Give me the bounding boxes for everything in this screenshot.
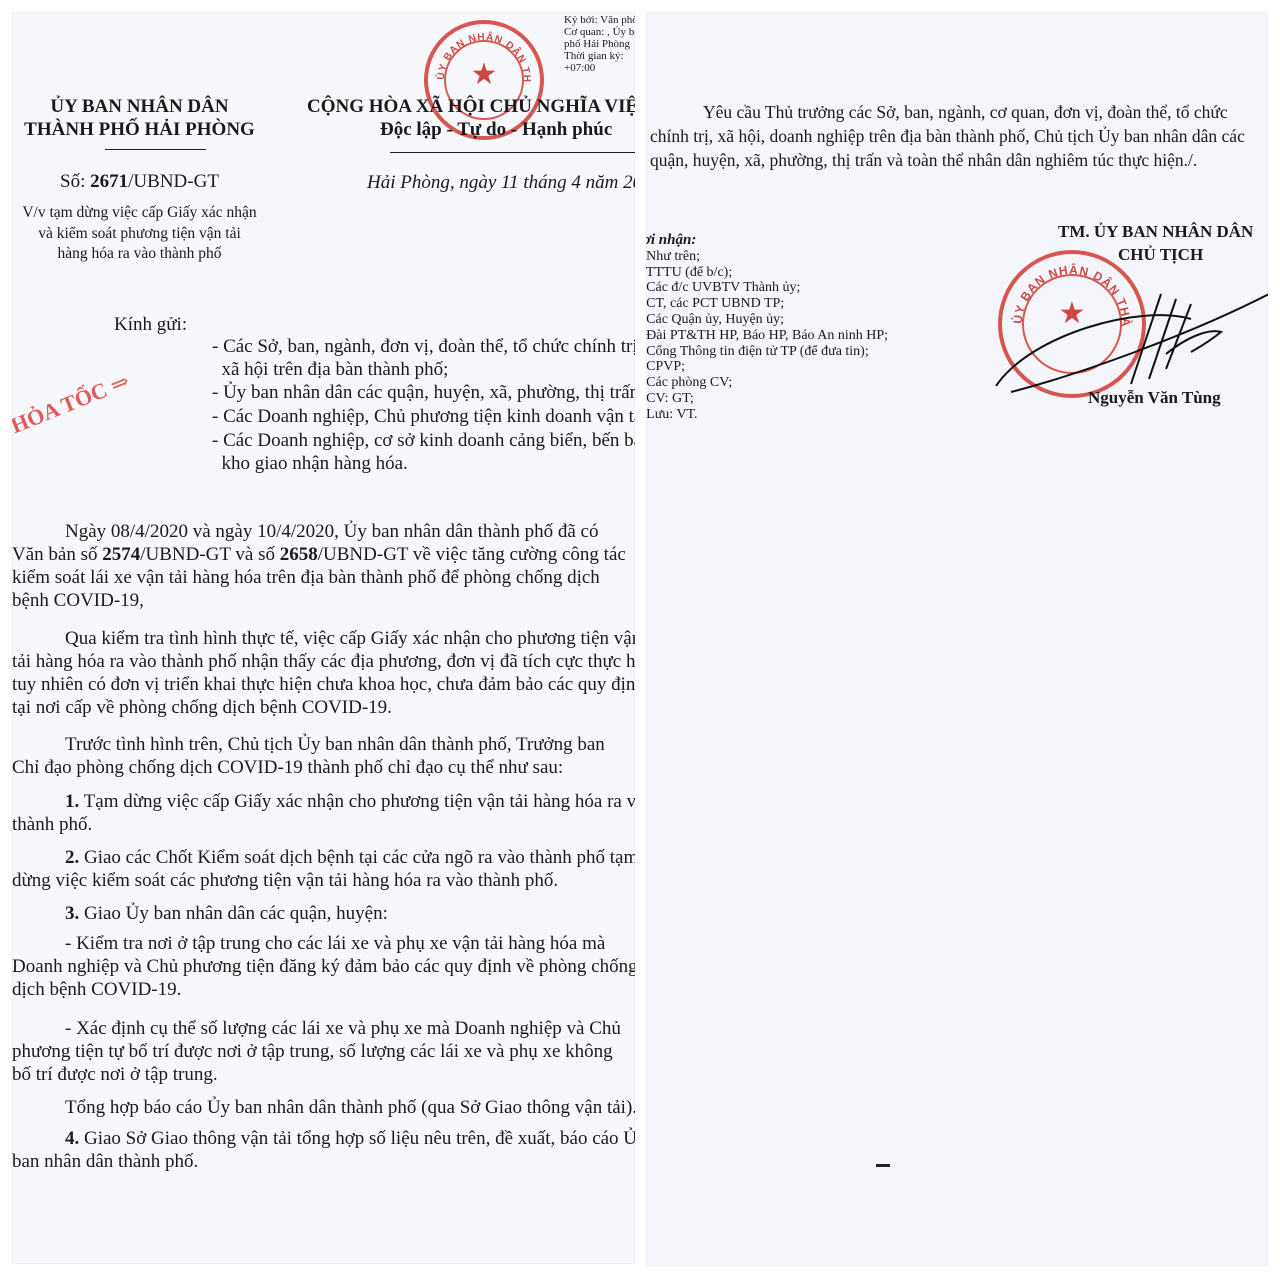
paragraph-line: 3. Giao Ủy ban nhân dân các quận, huyện: bbox=[12, 902, 635, 925]
body-paragraph: Qua kiểm tra tình hình thực tế, việc cấp… bbox=[12, 627, 635, 719]
paragraph-line: ban nhân dân thành phố. bbox=[12, 1150, 635, 1173]
recipient-line: - Ủy ban nhân dân các quận, huyện, xã, p… bbox=[212, 382, 635, 404]
document-page-2: Yêu cầu Thủ trưởng các Sở, ban, ngành, c… bbox=[646, 12, 1268, 1266]
subject-line: V/v tạm dừng việc cấp Giấy xác nhận bbox=[12, 203, 267, 224]
paragraph-line: dừng việc kiểm soát các phương tiện vận … bbox=[12, 869, 635, 892]
star-emblem-icon: ★ bbox=[428, 60, 540, 90]
paragraph-line: Doanh nghiệp và Chủ phương tiện đăng ký … bbox=[12, 955, 635, 978]
number-prefix: Số: bbox=[60, 171, 90, 192]
subject-line: hàng hóa ra vào thành phố bbox=[12, 244, 267, 265]
number-suffix: /UBND-GT bbox=[128, 171, 219, 192]
item-number: 4. bbox=[65, 1128, 79, 1149]
number-value: 2671 bbox=[90, 171, 128, 192]
distribution-item: - CV: GT; bbox=[646, 391, 888, 407]
paragraph-line: bệnh COVID-19, bbox=[12, 589, 635, 612]
recipient-line: - Các Doanh nghiệp, Chủ phương tiện kinh… bbox=[212, 406, 635, 428]
paragraph-line: tuy nhiên có đơn vị triển khai thực hiện… bbox=[12, 673, 635, 696]
handwritten-signature bbox=[991, 274, 1268, 404]
digital-signature-line: Cơ quan: , Ủy ban bbox=[564, 26, 635, 38]
paragraph-line: Chỉ đạo phòng chống dịch COVID-19 thành … bbox=[12, 756, 635, 779]
paragraph-line: 1. Tạm dừng việc cấp Giấy xác nhận cho p… bbox=[12, 790, 635, 813]
signer-name: Nguyễn Văn Tùng bbox=[1088, 388, 1221, 408]
closing-line: chính trị, xã hội, doanh nghiệp trên địa… bbox=[650, 124, 1268, 148]
paragraph-line: Ngày 08/4/2020 và ngày 10/4/2020, Ủy ban… bbox=[12, 520, 635, 543]
subject-line: và kiểm soát phương tiện vận tải bbox=[12, 224, 267, 245]
distribution-item: - Như trên; bbox=[646, 249, 888, 265]
scan-artifact-mark bbox=[876, 1164, 890, 1167]
urgent-stamp: HỎA TỐC ⇒ bbox=[12, 368, 133, 439]
recipient-line: kho giao nhận hàng hóa. bbox=[212, 453, 408, 475]
paragraph-line: - Xác định cụ thể số lượng các lái xe và… bbox=[12, 1017, 635, 1040]
salutation: Kính gửi: bbox=[114, 314, 187, 336]
digital-signature-info: Ký bởi: Văn phòngCơ quan: , Ủy banphố Hả… bbox=[564, 14, 635, 74]
svg-text:ỦY BAN NHÂN DÂN THÀNH PHỐ HẢI: ỦY BAN NHÂN DÂN THÀNH PHỐ HẢI PHÒNG bbox=[428, 24, 532, 83]
distribution-title: Nơi nhận: bbox=[646, 233, 888, 249]
distribution-item: - Đài PT&TH HP, Báo HP, Báo An ninh HP; bbox=[646, 328, 888, 344]
document-number: Số: 2671/UBND-GT bbox=[12, 171, 267, 193]
paragraph-line: dịch bệnh COVID-19. bbox=[12, 978, 635, 1001]
paragraph-line: 4. Giao Sở Giao thông vận tải tổng hợp s… bbox=[12, 1127, 635, 1150]
issuer-underline bbox=[105, 149, 206, 150]
recipient-line: - Các Doanh nghiệp, cơ sở kinh doanh cản… bbox=[212, 430, 635, 452]
digital-signature-line: Thời gian ký: bbox=[564, 50, 635, 62]
national-header-line1: CỘNG HÒA XÃ HỘI CHỦ NGHĨA VIỆT NAM bbox=[307, 96, 635, 118]
issuer-name-line1: ỦY BAN NHÂN DÂN bbox=[12, 96, 267, 118]
seal-text: ỦY BAN NHÂN DÂN THÀNH PHỐ HẢI PHÒNG bbox=[428, 24, 532, 83]
arrow-right-icon: ⇒ bbox=[107, 368, 133, 398]
item-number: 2. bbox=[65, 847, 79, 868]
distribution-item: - CPVP; bbox=[646, 359, 888, 375]
digital-signature-line: Ký bởi: Văn phòng bbox=[564, 14, 635, 26]
distribution-item: - Các phòng CV; bbox=[646, 375, 888, 391]
signature-on-behalf: TM. ỦY BAN NHÂN DÂN bbox=[1058, 222, 1253, 242]
distribution-item: - CT, các PCT UBND TP; bbox=[646, 296, 888, 312]
distribution-item: - Các đ/c UVBTV Thành ủy; bbox=[646, 280, 888, 296]
paragraph-line: tại nơi cấp về phòng chống dịch bệnh COV… bbox=[12, 696, 635, 719]
distribution-list: Nơi nhận:- Như trên;- TTTU (để b/c);- Cá… bbox=[646, 233, 888, 423]
paragraph-line: Trước tình hình trên, Chủ tịch Ủy ban nh… bbox=[12, 733, 635, 756]
distribution-item: - TTTU (để b/c); bbox=[646, 265, 888, 281]
recipient-line: xã hội trên địa bàn thành phố; bbox=[212, 359, 448, 381]
referenced-document-number: 2658 bbox=[280, 544, 318, 565]
paragraph-line: thành phố. bbox=[12, 813, 635, 836]
paragraph-line: - Kiểm tra nơi ở tập trung cho các lái x… bbox=[12, 932, 635, 955]
body-paragraph: 1. Tạm dừng việc cấp Giấy xác nhận cho p… bbox=[12, 790, 635, 836]
motto-underline bbox=[390, 152, 635, 153]
body-paragraph: - Xác định cụ thể số lượng các lái xe và… bbox=[12, 1017, 635, 1086]
distribution-item: - Cổng Thông tin điện tử TP (để đưa tin)… bbox=[646, 344, 888, 360]
paragraph-line: tải hàng hóa ra vào thành phố nhận thấy … bbox=[12, 650, 635, 673]
document-page-1: ỦY BAN NHÂN DÂN THÀNH PHỐ HẢI PHÒNG ★ Ký… bbox=[12, 12, 635, 1264]
closing-line: quận, huyện, xã, phường, thị trấn và toà… bbox=[650, 148, 1268, 172]
paragraph-line: Qua kiểm tra tình hình thực tế, việc cấp… bbox=[12, 627, 635, 650]
distribution-item: - Lưu: VT. bbox=[646, 407, 888, 423]
body-paragraph: Ngày 08/4/2020 và ngày 10/4/2020, Ủy ban… bbox=[12, 520, 635, 612]
body-paragraph: 3. Giao Ủy ban nhân dân các quận, huyện: bbox=[12, 902, 635, 925]
item-number: 3. bbox=[65, 903, 79, 924]
digital-signature-line: phố Hải Phòng bbox=[564, 38, 635, 50]
urgent-stamp-text: HỎA TỐC bbox=[12, 377, 111, 438]
body-paragraph: Trước tình hình trên, Chủ tịch Ủy ban nh… bbox=[12, 733, 635, 779]
paragraph-line: bố trí được nơi ở tập trung. bbox=[12, 1063, 635, 1086]
item-number: 1. bbox=[65, 791, 79, 812]
closing-line: Yêu cầu Thủ trưởng các Sở, ban, ngành, c… bbox=[650, 100, 1268, 124]
document-subject: V/v tạm dừng việc cấp Giấy xác nhậnvà ki… bbox=[12, 203, 267, 265]
paragraph-line: 2. Giao các Chốt Kiểm soát dịch bệnh tại… bbox=[12, 846, 635, 869]
referenced-document-number: 2574 bbox=[102, 544, 140, 565]
issue-date: Hải Phòng, ngày 11 tháng 4 năm 2020 bbox=[367, 172, 635, 194]
paragraph-line: kiểm soát lái xe vận tải hàng hóa trên đ… bbox=[12, 566, 635, 589]
paragraph-line: phương tiện tự bố trí được nơi ở tập tru… bbox=[12, 1040, 635, 1063]
recipient-line: - Các Sở, ban, ngành, đơn vị, đoàn thể, … bbox=[212, 336, 635, 358]
body-paragraph: 2. Giao các Chốt Kiểm soát dịch bệnh tại… bbox=[12, 846, 635, 892]
digital-signature-line: +07:00 bbox=[564, 62, 635, 74]
closing-paragraph: Yêu cầu Thủ trưởng các Sở, ban, ngành, c… bbox=[650, 100, 1268, 172]
issuer-name-line2: THÀNH PHỐ HẢI PHÒNG bbox=[12, 119, 267, 141]
distribution-item: - Các Quận ủy, Huyện ủy; bbox=[646, 312, 888, 328]
body-paragraph: Tổng hợp báo cáo Ủy ban nhân dân thành p… bbox=[12, 1096, 635, 1119]
national-motto: Độc lập - Tự do - Hạnh phúc bbox=[380, 119, 612, 141]
paragraph-line: Văn bản số 2574/UBND-GT và số 2658/UBND-… bbox=[12, 543, 635, 566]
body-paragraph: 4. Giao Sở Giao thông vận tải tổng hợp s… bbox=[12, 1127, 635, 1173]
paragraph-line: Tổng hợp báo cáo Ủy ban nhân dân thành p… bbox=[12, 1096, 635, 1119]
body-paragraph: - Kiểm tra nơi ở tập trung cho các lái x… bbox=[12, 932, 635, 1001]
